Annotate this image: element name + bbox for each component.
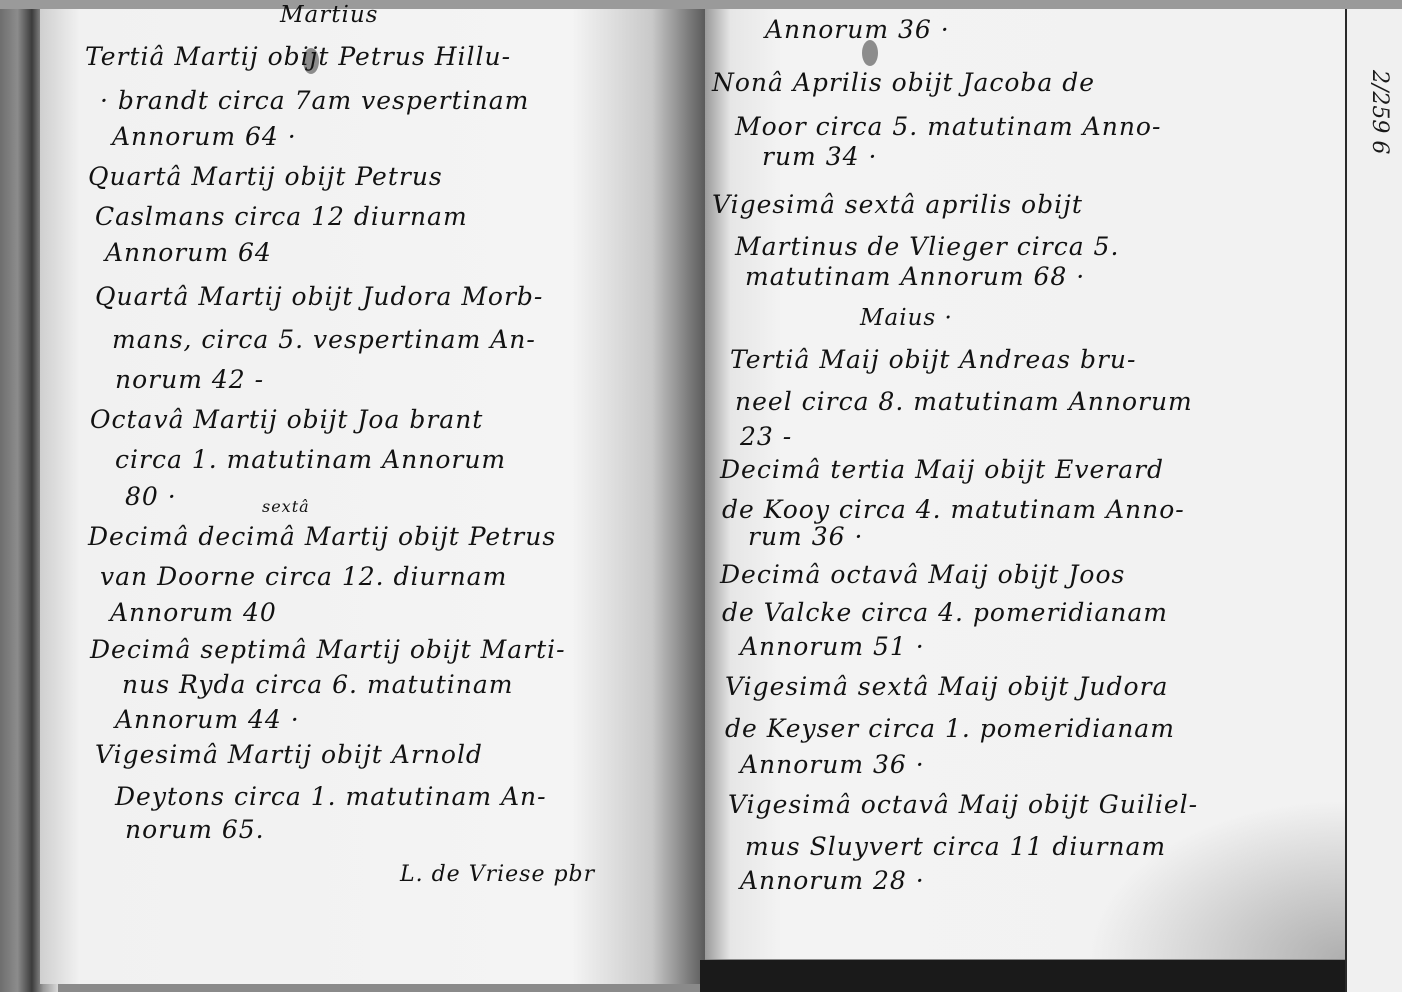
register-line: 80 ·: [125, 482, 177, 511]
register-line: matutinam Annorum 68 ·: [745, 262, 1085, 291]
month-heading: sextâ: [262, 497, 310, 516]
register-line: norum 42 -: [115, 365, 264, 394]
register-line: Tertiâ Maij obijt Andreas bru-: [730, 345, 1136, 374]
register-line: circa 1. matutinam Annorum: [115, 445, 506, 474]
register-line: Decimâ septimâ Martij obijt Marti-: [90, 635, 566, 664]
register-line: mus Sluyvert circa 11 diurnam: [745, 832, 1166, 861]
priest-signature: L. de Vriese pbr: [400, 862, 595, 887]
register-line: nus Ryda circa 6. matutinam: [122, 670, 513, 699]
register-line: Octavâ Martij obijt Joa brant: [90, 405, 483, 434]
register-line: Vigesimâ octavâ Maij obijt Guiliel-: [728, 790, 1198, 819]
register-line: Martinus de Vlieger circa 5.: [735, 232, 1119, 261]
register-line: neel circa 8. matutinam Annorum: [735, 387, 1193, 416]
register-line: Vigesimâ sextâ aprilis obijt: [712, 190, 1083, 219]
register-line: Annorum 64: [105, 238, 272, 267]
register-line: Quartâ Martij obijt Judora Morb-: [95, 282, 543, 311]
register-line: Decimâ tertia Maij obijt Everard: [720, 455, 1164, 484]
month-heading: Martius: [280, 2, 378, 28]
register-line: Annorum 28 ·: [740, 866, 925, 895]
register-line: Annorum 44 ·: [115, 705, 300, 734]
register-line: Deytons circa 1. matutinam An-: [115, 782, 547, 811]
register-line: norum 65.: [125, 815, 265, 844]
scan-bottom-shadow: [700, 960, 1402, 992]
register-line: · brandt circa 7am vespertinam: [100, 86, 529, 115]
register-line: Annorum 51 ·: [740, 632, 925, 661]
register-line: Moor circa 5. matutinam Anno-: [735, 112, 1161, 141]
register-line: Annorum 36 ·: [765, 15, 950, 44]
archive-folio-number: 2/259 6: [1367, 70, 1392, 154]
register-line: Decimâ octavâ Maij obijt Joos: [720, 560, 1125, 589]
right-margin-strip: [1345, 9, 1402, 992]
register-line: 23 -: [740, 422, 792, 451]
register-line: de Valcke circa 4. pomeridianam: [722, 598, 1168, 627]
register-line: de Kooy circa 4. matutinam Anno-: [722, 495, 1185, 524]
register-line: Vigesimâ Martij obijt Arnold: [95, 740, 483, 769]
register-line: Quartâ Martij obijt Petrus: [88, 162, 443, 191]
register-line: Nonâ Aprilis obijt Jacoba de: [712, 68, 1095, 97]
register-line: rum 34 ·: [762, 142, 877, 171]
register-line: mans, circa 5. vespertinam An-: [112, 325, 536, 354]
register-line: Annorum 40: [110, 598, 277, 627]
register-line: Annorum 64 ·: [112, 122, 297, 151]
register-line: Tertiâ Martij obijt Petrus Hillu-: [85, 42, 511, 71]
register-line: Vigesimâ sextâ Maij obijt Judora: [725, 672, 1168, 701]
register-line: Annorum 36 ·: [740, 750, 925, 779]
register-line: Caslmans circa 12 diurnam: [95, 202, 468, 231]
month-heading: Maius ·: [860, 305, 953, 331]
scan-top-border: [0, 0, 1402, 9]
register-line: van Doorne circa 12. diurnam: [100, 562, 507, 591]
register-line: rum 36 ·: [748, 522, 863, 551]
register-line: de Keyser circa 1. pomeridianam: [725, 714, 1175, 743]
register-line: Decimâ decimâ Martij obijt Petrus: [88, 522, 556, 551]
